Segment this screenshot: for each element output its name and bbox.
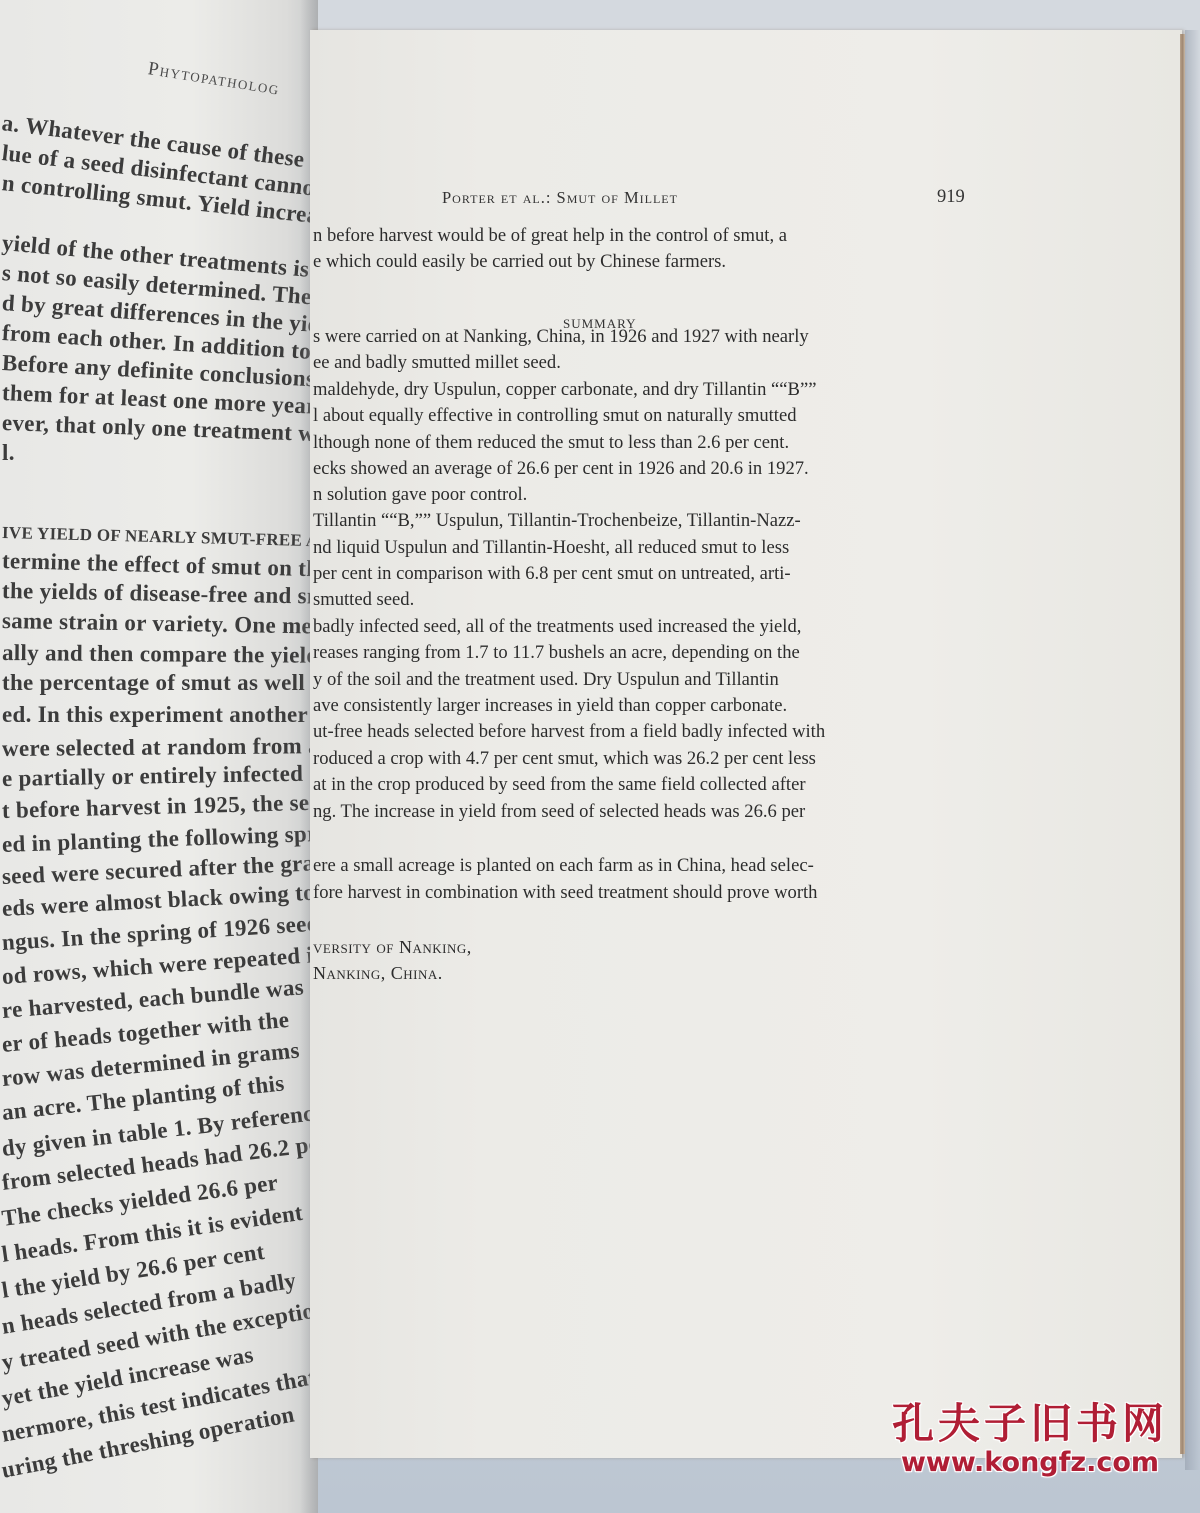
page-shadow bbox=[1185, 30, 1200, 1470]
body-text-line: s were carried on at Nanking, China, in … bbox=[313, 326, 809, 348]
body-text-line: fore harvest in combination with seed tr… bbox=[313, 882, 817, 904]
left-text-line: t before harvest in 1925, the seed bbox=[2, 789, 318, 824]
affiliation-line: versity of Nanking, bbox=[313, 937, 472, 958]
body-text-line: n solution gave poor control. bbox=[313, 484, 527, 506]
left-running-head: Phytopatholog bbox=[146, 58, 281, 101]
body-text-line: maldehyde, dry Uspulun, copper carbonate… bbox=[313, 379, 816, 401]
body-text-line: roduced a crop with 4.7 per cent smut, w… bbox=[313, 748, 816, 770]
left-text-line: the yields of disease-free and smutted bbox=[2, 578, 318, 611]
body-text-line: Tillantin ““B,”” Uspulun, Tillantin-Troc… bbox=[313, 510, 801, 532]
left-text-line: ally and then compare the yields bbox=[2, 640, 318, 669]
body-text-line: lthough none of them reduced the smut to… bbox=[313, 432, 789, 454]
body-text-line: y of the soil and the treatment used. Dr… bbox=[313, 669, 779, 691]
body-text-line: ng. The increase in yield from seed of s… bbox=[313, 801, 805, 823]
watermark-chinese: 孔夫子旧书网 bbox=[880, 1400, 1180, 1448]
left-text-line: same strain or variety. One method bbox=[2, 608, 318, 641]
body-text-line: ut-free heads selected before harvest fr… bbox=[313, 721, 825, 743]
left-text-line: l. bbox=[2, 440, 15, 467]
body-text-line: badly infected seed, all of the treatmen… bbox=[313, 616, 801, 638]
watermark: 孔夫子旧书网 www.kongfz.com bbox=[880, 1400, 1180, 1478]
page-number: 919 bbox=[937, 187, 965, 208]
left-text-line: the percentage of smut as well as bbox=[2, 670, 318, 697]
running-head: Porter et al.: Smut of Millet bbox=[442, 188, 678, 208]
body-text-line: l about equally effective in controlling… bbox=[313, 405, 797, 427]
body-text-line: reases ranging from 1.7 to 11.7 bushels … bbox=[313, 642, 800, 664]
affiliation-line: Nanking, China. bbox=[313, 963, 443, 984]
body-text-line: smutted seed. bbox=[313, 589, 414, 611]
body-text-line: at in the crop produced by seed from the… bbox=[313, 774, 806, 796]
body-text-line: ecks showed an average of 26.6 per cent … bbox=[313, 458, 809, 480]
left-text-line: ed. In this experiment another bbox=[2, 702, 308, 729]
body-text-line: ere a small acreage is planted on each f… bbox=[313, 855, 814, 877]
body-text-line: n before harvest would be of great help … bbox=[313, 225, 787, 247]
body-text-line: ave consistently larger increases in yie… bbox=[313, 695, 787, 717]
body-text-line: per cent in comparison with 6.8 per cent… bbox=[313, 563, 791, 585]
body-text-line: nd liquid Uspulun and Tillantin-Hoesht, … bbox=[313, 537, 789, 559]
left-text-line: were selected at random from a bbox=[2, 733, 318, 762]
left-text-line: e partially or entirely infected bbox=[2, 761, 304, 793]
left-page: Phytopatholog a. Whatever the cause of t… bbox=[0, 0, 318, 1513]
body-text-line: ee and badly smutted millet seed. bbox=[313, 352, 561, 374]
body-text-line: e which could easily be carried out by C… bbox=[313, 251, 726, 273]
watermark-url: www.kongfz.com bbox=[880, 1448, 1180, 1478]
